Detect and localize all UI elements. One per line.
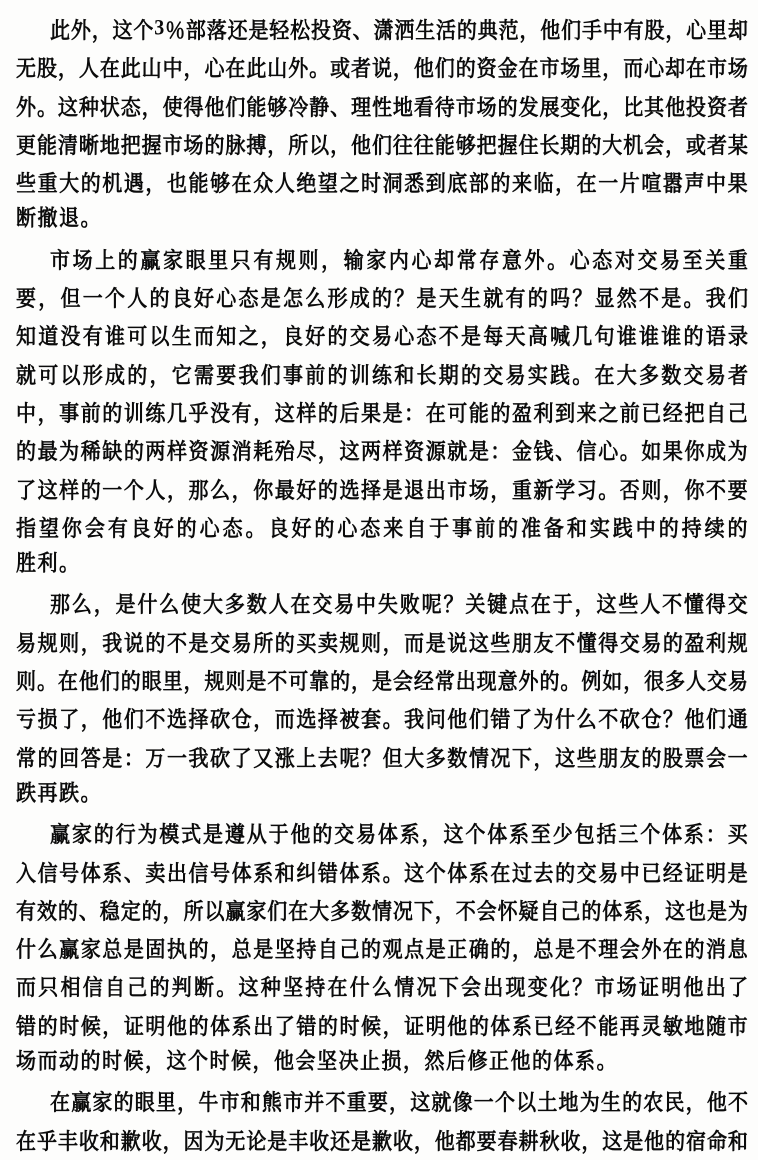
- glyph: 了: [512, 701, 532, 733]
- glyph: 眼: [135, 1084, 155, 1116]
- glyph: 市: [163, 127, 183, 159]
- glyph: 是: [461, 318, 481, 350]
- glyph: 能: [435, 127, 455, 159]
- text-line: 的最为稀缺的两样资源消耗殆尽，这两样资源就是：金钱、信心。如果你成为: [16, 428, 748, 471]
- glyph: 外: [16, 88, 36, 120]
- glyph: 行: [116, 816, 136, 848]
- glyph: 他: [435, 1123, 455, 1155]
- glyph: 信: [577, 433, 597, 465]
- glyph: 体: [490, 1008, 510, 1040]
- glyph: 农: [643, 1084, 663, 1116]
- glyph: 的: [312, 816, 332, 848]
- glyph: 了: [232, 740, 252, 772]
- glyph: 。: [37, 663, 57, 695]
- glyph: ，: [602, 88, 622, 120]
- glyph: 前: [475, 510, 495, 542]
- glyph: 晰: [79, 127, 99, 159]
- text-line: 则。在他们的眼里，规则是不可靠的，是会经常出现意外的。例如，很多人交易: [16, 658, 748, 701]
- glyph: 自: [406, 510, 426, 542]
- glyph: 会: [644, 127, 664, 159]
- glyph: 践: [613, 510, 633, 542]
- glyph: 这: [443, 816, 463, 848]
- glyph: 春: [498, 1123, 518, 1155]
- glyph: 经: [555, 1008, 575, 1040]
- glyph: 的: [490, 395, 510, 427]
- glyph: 我: [189, 740, 209, 772]
- glyph: 在: [595, 357, 615, 389]
- glyph: 赢: [59, 931, 79, 963]
- glyph: 良: [283, 318, 303, 350]
- glyph: 这: [602, 1123, 622, 1155]
- glyph: 数: [661, 357, 681, 389]
- glyph: 来: [383, 510, 403, 542]
- glyph: 家: [366, 242, 386, 274]
- glyph: 是: [261, 280, 281, 312]
- glyph: 种: [261, 969, 281, 1001]
- glyph: 多: [665, 663, 685, 695]
- glyph: 候: [81, 1008, 101, 1040]
- glyph: 的: [275, 625, 295, 657]
- glyph: 至: [531, 816, 551, 848]
- glyph: 他: [204, 88, 224, 120]
- glyph: 数: [447, 740, 467, 772]
- glyph: 这: [555, 740, 575, 772]
- glyph: 化: [550, 969, 570, 1001]
- glyph: 样: [167, 433, 187, 465]
- glyph: 股: [663, 740, 683, 772]
- glyph: 态: [360, 510, 380, 542]
- glyph: ？: [361, 740, 381, 772]
- glyph: 耕: [519, 1123, 539, 1155]
- glyph: 明: [706, 854, 726, 886]
- glyph: 、: [79, 893, 99, 925]
- glyph: 情: [372, 893, 392, 925]
- glyph: 家: [163, 242, 183, 274]
- glyph: 于: [429, 510, 449, 542]
- glyph: 易: [641, 625, 661, 657]
- glyph: 持: [682, 510, 702, 542]
- glyph: 体: [210, 1008, 230, 1040]
- glyph: 则: [299, 242, 319, 274]
- glyph: 交: [334, 816, 354, 848]
- glyph: 失: [378, 586, 398, 618]
- text-line: 错的时候，证明他的体系出了错的时候，证明他的体系已经不能再灵敏地随市: [16, 1002, 748, 1045]
- glyph: ，: [422, 816, 442, 848]
- glyph: 些: [618, 586, 638, 618]
- glyph: 握: [498, 127, 518, 159]
- glyph: 知: [216, 318, 236, 350]
- glyph: 己: [560, 893, 580, 925]
- glyph: 源: [210, 433, 230, 465]
- glyph: 的: [581, 127, 601, 159]
- glyph: 心: [412, 242, 432, 274]
- glyph: 事: [452, 510, 472, 542]
- glyph: 把: [477, 127, 497, 159]
- glyph: 心: [337, 510, 357, 542]
- glyph: 、: [353, 12, 373, 44]
- glyph: ，: [575, 586, 595, 618]
- glyph: 持: [296, 931, 316, 963]
- glyph: 部: [186, 12, 206, 44]
- glyph: 是: [116, 586, 136, 618]
- text-line: 常的回答是：万一我砍了又涨上去呢？但大多数情况下，这些朋友的股票会一: [16, 734, 748, 777]
- glyph: 候: [361, 1008, 381, 1040]
- glyph: ％: [165, 12, 185, 44]
- glyph: 个: [426, 854, 446, 886]
- glyph: 朋: [512, 625, 532, 657]
- glyph: 关: [705, 242, 725, 274]
- glyph: 大: [617, 357, 637, 389]
- glyph: 的: [142, 893, 162, 925]
- glyph: 变: [560, 88, 580, 120]
- glyph: 是: [267, 1123, 287, 1155]
- glyph: 的: [318, 395, 338, 427]
- glyph: 已: [534, 1008, 554, 1040]
- glyph: 懂: [577, 625, 597, 657]
- glyph: 好: [154, 510, 174, 542]
- glyph: 外: [519, 663, 539, 695]
- glyph: 态: [223, 510, 243, 542]
- glyph: 疑: [519, 893, 539, 925]
- glyph: 能: [189, 165, 209, 197]
- glyph: ，: [351, 663, 371, 695]
- glyph: 乎: [37, 1123, 57, 1155]
- glyph: 喧: [641, 165, 661, 197]
- glyph: 输: [344, 242, 364, 274]
- glyph: 的: [124, 433, 144, 465]
- glyph: 股: [644, 12, 664, 44]
- text-line: 跌再跌。: [16, 773, 748, 816]
- glyph: 洒: [394, 12, 414, 44]
- glyph: 好: [194, 280, 214, 312]
- glyph: 的: [528, 280, 548, 312]
- glyph: 证: [404, 1008, 424, 1040]
- glyph: 样: [59, 471, 79, 503]
- glyph: ，: [184, 50, 204, 82]
- glyph: 重: [728, 242, 748, 274]
- glyph: 期: [560, 127, 580, 159]
- glyph: 股: [37, 50, 57, 82]
- glyph: 样: [383, 433, 403, 465]
- glyph: 己: [127, 969, 147, 1001]
- glyph: 易: [334, 586, 354, 618]
- glyph: 道: [38, 318, 58, 350]
- glyph: 有: [232, 395, 252, 427]
- glyph: 事: [59, 395, 79, 427]
- glyph: 但: [383, 740, 403, 772]
- glyph: 消: [232, 433, 252, 465]
- glyph: 证: [124, 1008, 144, 1040]
- glyph: 的: [38, 740, 58, 772]
- glyph: 砍: [210, 740, 230, 772]
- glyph: 好: [296, 471, 316, 503]
- glyph: 指: [16, 510, 36, 542]
- glyph: 的: [204, 127, 224, 159]
- glyph: 的: [490, 165, 510, 197]
- glyph: 是: [383, 471, 403, 503]
- glyph: 是: [248, 12, 268, 44]
- glyph: 握: [142, 127, 162, 159]
- glyph: 是: [383, 395, 403, 427]
- text-line: 有效的、稳定的，所以赢家们在大多数情况下，不会怀疑自己的体系，这也是为: [16, 888, 748, 931]
- glyph: 的: [318, 471, 338, 503]
- glyph: 地: [559, 1084, 579, 1116]
- glyph: 待: [435, 88, 455, 120]
- glyph: 否: [620, 471, 640, 503]
- glyph: 里: [163, 663, 183, 695]
- glyph: 不: [456, 893, 476, 925]
- glyph: 什: [137, 586, 157, 618]
- glyph: 个: [465, 816, 485, 848]
- glyph: ，: [321, 242, 341, 274]
- glyph: 还: [228, 12, 248, 44]
- glyph: 是: [661, 280, 681, 312]
- glyph: 一: [728, 740, 748, 772]
- glyph: 于: [269, 816, 289, 848]
- glyph: 信: [189, 854, 209, 886]
- glyph: 们: [728, 280, 748, 312]
- glyph: ，: [534, 740, 554, 772]
- glyph: 生: [172, 318, 192, 350]
- glyph: 于: [553, 586, 573, 618]
- glyph: 易: [506, 357, 526, 389]
- glyph: 良: [131, 510, 151, 542]
- glyph: 心: [204, 50, 224, 82]
- glyph: 个: [105, 280, 125, 312]
- glyph: ，: [414, 1123, 434, 1155]
- glyph: 再: [620, 1008, 640, 1040]
- glyph: 比: [623, 88, 643, 120]
- glyph: 存: [479, 242, 499, 274]
- glyph: 规: [339, 625, 359, 657]
- glyph: 不: [555, 625, 575, 657]
- glyph: 望: [39, 510, 59, 542]
- glyph: 命: [707, 1123, 727, 1155]
- glyph: 这: [404, 854, 424, 886]
- glyph: 去: [318, 740, 338, 772]
- glyph: 的: [539, 663, 559, 695]
- glyph: 交: [312, 586, 332, 618]
- glyph: 生: [461, 280, 481, 312]
- glyph: 盈: [684, 625, 704, 657]
- glyph: 体: [662, 816, 682, 848]
- glyph: 错: [318, 854, 338, 886]
- glyph: 号: [210, 854, 230, 886]
- glyph: 稳: [100, 893, 120, 925]
- glyph: 为: [728, 433, 748, 465]
- glyph: 他: [414, 50, 434, 82]
- glyph: 住: [519, 127, 539, 159]
- glyph: 中: [706, 165, 726, 197]
- glyph: 则: [16, 663, 36, 695]
- glyph: 己: [339, 931, 359, 963]
- glyph: 的: [189, 931, 209, 963]
- glyph: 这: [239, 969, 259, 1001]
- glyph: 轻: [269, 12, 289, 44]
- glyph: 会: [393, 663, 413, 695]
- glyph: 随: [706, 1008, 726, 1040]
- glyph: 要: [16, 280, 36, 312]
- glyph: ，: [184, 663, 204, 695]
- glyph: ，: [210, 931, 230, 963]
- glyph: 者: [351, 50, 371, 82]
- glyph: 则: [59, 625, 79, 657]
- glyph: 能: [37, 127, 57, 159]
- glyph: 么: [210, 471, 230, 503]
- glyph: 规: [728, 625, 748, 657]
- glyph: 易: [372, 318, 392, 350]
- glyph: 语: [706, 318, 726, 350]
- glyph: 里: [208, 242, 228, 274]
- glyph: 不: [577, 1008, 597, 1040]
- glyph: 现: [506, 969, 526, 1001]
- glyph: 体: [378, 816, 398, 848]
- glyph: 式: [181, 816, 201, 848]
- glyph: 们: [261, 357, 281, 389]
- glyph: 盈: [512, 395, 532, 427]
- glyph: 耗: [253, 433, 273, 465]
- glyph: 们: [561, 12, 581, 44]
- glyph: 在: [50, 1084, 70, 1116]
- glyph: 一: [167, 740, 187, 772]
- glyph: 市: [447, 471, 467, 503]
- glyph: 中: [163, 50, 183, 82]
- glyph: 牛: [198, 1084, 218, 1116]
- glyph: 就: [447, 433, 467, 465]
- glyph: 习: [577, 471, 597, 503]
- glyph: 人: [275, 165, 295, 197]
- glyph: 是: [246, 663, 266, 695]
- glyph: 所: [253, 625, 273, 657]
- glyph: 好: [291, 510, 311, 542]
- glyph: 交: [620, 625, 640, 657]
- glyph: 是: [728, 854, 748, 886]
- glyph: 的: [114, 1084, 134, 1116]
- glyph: 的: [456, 50, 476, 82]
- glyph: 资: [189, 433, 209, 465]
- glyph: 正: [447, 931, 467, 963]
- glyph: 择: [361, 471, 381, 503]
- glyph: 后: [339, 395, 359, 427]
- glyph: 在: [232, 165, 252, 197]
- glyph: 能: [598, 1008, 618, 1040]
- glyph: 。: [547, 242, 567, 274]
- glyph: 在: [686, 50, 706, 82]
- glyph: 是: [351, 1123, 371, 1155]
- glyph: 退: [404, 471, 424, 503]
- glyph: 括: [596, 816, 616, 848]
- glyph: 了: [59, 701, 79, 733]
- text-line: 知道没有谁可以生而知之，良好的交易心态不是每天高喊几句谁谁谁的语录: [16, 313, 748, 356]
- paragraph: 那么，是什么使大多数人在交易中失败呢？关键点在于，这些人不懂得交易规则，我说的不…: [16, 583, 748, 813]
- glyph: 数: [351, 893, 371, 925]
- glyph: 有: [108, 510, 128, 542]
- glyph: 明: [145, 1008, 165, 1040]
- glyph: ，: [261, 318, 281, 350]
- glyph: 心: [394, 318, 414, 350]
- glyph: 更: [16, 127, 36, 159]
- glyph: 出: [253, 1008, 273, 1040]
- glyph: 他: [684, 969, 704, 1001]
- glyph: 择: [318, 701, 338, 733]
- glyph: ，: [167, 471, 187, 503]
- glyph: 到: [426, 165, 446, 197]
- glyph: 是: [707, 893, 727, 925]
- glyph: ，: [92, 12, 112, 44]
- glyph: 。: [684, 280, 704, 312]
- glyph: 纠: [296, 854, 316, 886]
- glyph: 市: [283, 1084, 303, 1116]
- glyph: 续: [705, 510, 725, 542]
- glyph: 这: [596, 586, 616, 618]
- glyph: 临: [534, 165, 554, 197]
- glyph: 你: [253, 471, 273, 503]
- glyph: 规: [276, 242, 296, 274]
- glyph: ，: [318, 433, 338, 465]
- glyph: 以: [150, 318, 170, 350]
- glyph: 录: [728, 318, 748, 350]
- glyph: 外: [288, 50, 308, 82]
- glyph: 的: [622, 1084, 642, 1116]
- glyph: ，: [38, 395, 58, 427]
- glyph: 的: [684, 318, 704, 350]
- glyph: 的: [94, 816, 114, 848]
- glyph: 的: [469, 1008, 489, 1040]
- glyph: 不: [639, 280, 659, 312]
- glyph: 砍: [210, 701, 230, 733]
- glyph: 使: [181, 586, 201, 618]
- glyph: 的: [361, 931, 381, 963]
- glyph: 出: [483, 969, 503, 1001]
- glyph: 利: [534, 395, 554, 427]
- glyph: 错: [296, 1008, 316, 1040]
- glyph: 判: [172, 969, 192, 1001]
- glyph: ，: [145, 165, 165, 197]
- glyph: ，: [150, 357, 170, 389]
- glyph: 底: [447, 165, 467, 197]
- glyph: 怀: [498, 893, 518, 925]
- glyph: 易: [356, 816, 376, 848]
- glyph: 易: [16, 625, 36, 657]
- glyph: 买: [728, 816, 748, 848]
- glyph: 的: [328, 357, 348, 389]
- glyph: 地: [684, 1008, 704, 1040]
- glyph: 源: [426, 433, 446, 465]
- glyph: 总: [102, 931, 122, 963]
- glyph: 外: [524, 242, 544, 274]
- glyph: 的: [684, 931, 704, 963]
- glyph: 的: [118, 242, 138, 274]
- glyph: 些: [577, 740, 597, 772]
- glyph: 的: [38, 1008, 58, 1040]
- glyph: 在: [288, 893, 308, 925]
- glyph: ，: [177, 1084, 197, 1116]
- glyph: 不: [598, 701, 618, 733]
- glyph: 不: [439, 318, 459, 350]
- text-line: 而只相信自己的判断。这种坚持在什么情况下会出现变化？市场证明他出了: [16, 964, 748, 1007]
- text-line: 无股，人在此山中，心在此山外。或者说，他们的资金在市场里，而心却在市场: [16, 45, 748, 88]
- glyph: 没: [210, 395, 230, 427]
- glyph: 。: [383, 701, 403, 733]
- glyph: 他: [447, 1008, 467, 1040]
- glyph: 有: [506, 280, 526, 312]
- glyph: 息: [728, 931, 748, 963]
- text-line: 在乎丰收和歉收，因为无论是丰收还是歉收，他都要春耕秋收，这是他的宿命和: [16, 1117, 748, 1160]
- glyph: 时: [339, 1008, 359, 1040]
- glyph: 资: [332, 12, 352, 44]
- glyph: 择: [189, 701, 209, 733]
- glyph: 。: [560, 663, 580, 695]
